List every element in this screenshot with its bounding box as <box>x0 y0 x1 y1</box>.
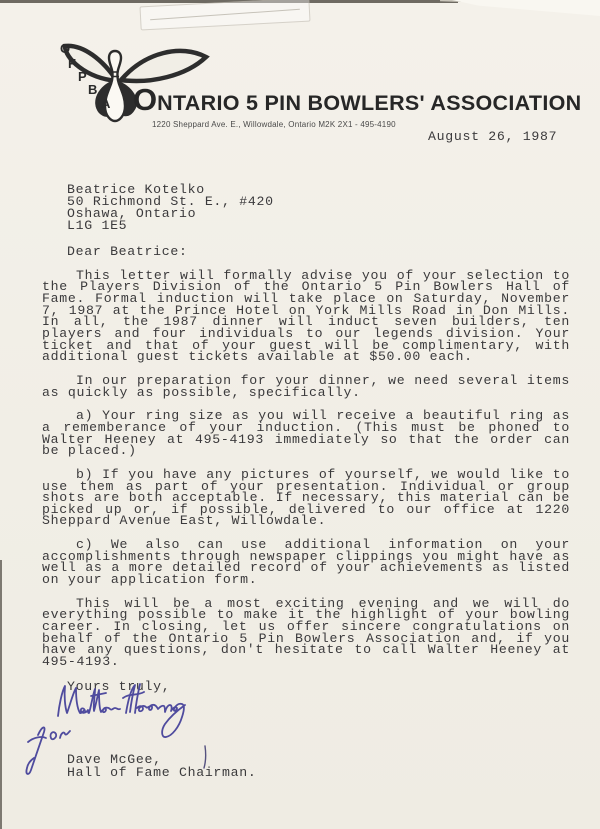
paragraph-closing: This will be a most exciting evening and… <box>42 598 570 668</box>
paragraph-item-c-clippings: c) We also can use additional informatio… <box>42 539 570 586</box>
logo-letter-b: B <box>88 82 97 97</box>
org-title-initial: O <box>133 82 157 117</box>
torn-corner <box>452 0 600 16</box>
logo-letter-f: F <box>68 56 76 71</box>
paragraph-item-a-ring-size: a) Your ring size as you will receive a … <box>42 410 570 457</box>
recipient-postal-code: L1G 1E5 <box>67 220 570 232</box>
salutation: Dear Beatrice: <box>67 246 570 258</box>
paragraph-items-needed: In our preparation for your dinner, we n… <box>42 375 570 398</box>
recipient-address: Beatrice Kotelko 50 Richmond St. E., #42… <box>67 184 570 232</box>
logo-letter-o: O <box>60 41 70 56</box>
paragraph-induction-announcement: This letter will formally advise you of … <box>42 270 570 363</box>
org-address-line: 1220 Sheppard Ave. E., Willowdale, Ontar… <box>152 120 396 129</box>
signature-walter-heeney <box>18 680 238 790</box>
paragraph-item-b-pictures: b) If you have any pictures of yourself,… <box>42 469 570 527</box>
scan-left-edge <box>0 560 2 829</box>
logo-letter-p: P <box>78 69 87 84</box>
tape-mark <box>139 0 310 30</box>
letter-page: O F P B A ONTARIO 5 PIN BOWLERS' ASSOCIA… <box>0 0 600 829</box>
recipient-city: Oshawa, Ontario <box>67 208 570 220</box>
letter-date: August 26, 1987 <box>428 129 557 144</box>
org-title: ONTARIO 5 PIN BOWLERS' ASSOCIATION <box>133 82 581 118</box>
logo-letter-a: A <box>101 96 110 111</box>
org-title-rest: NTARIO 5 PIN BOWLERS' ASSOCIATION <box>157 91 581 115</box>
